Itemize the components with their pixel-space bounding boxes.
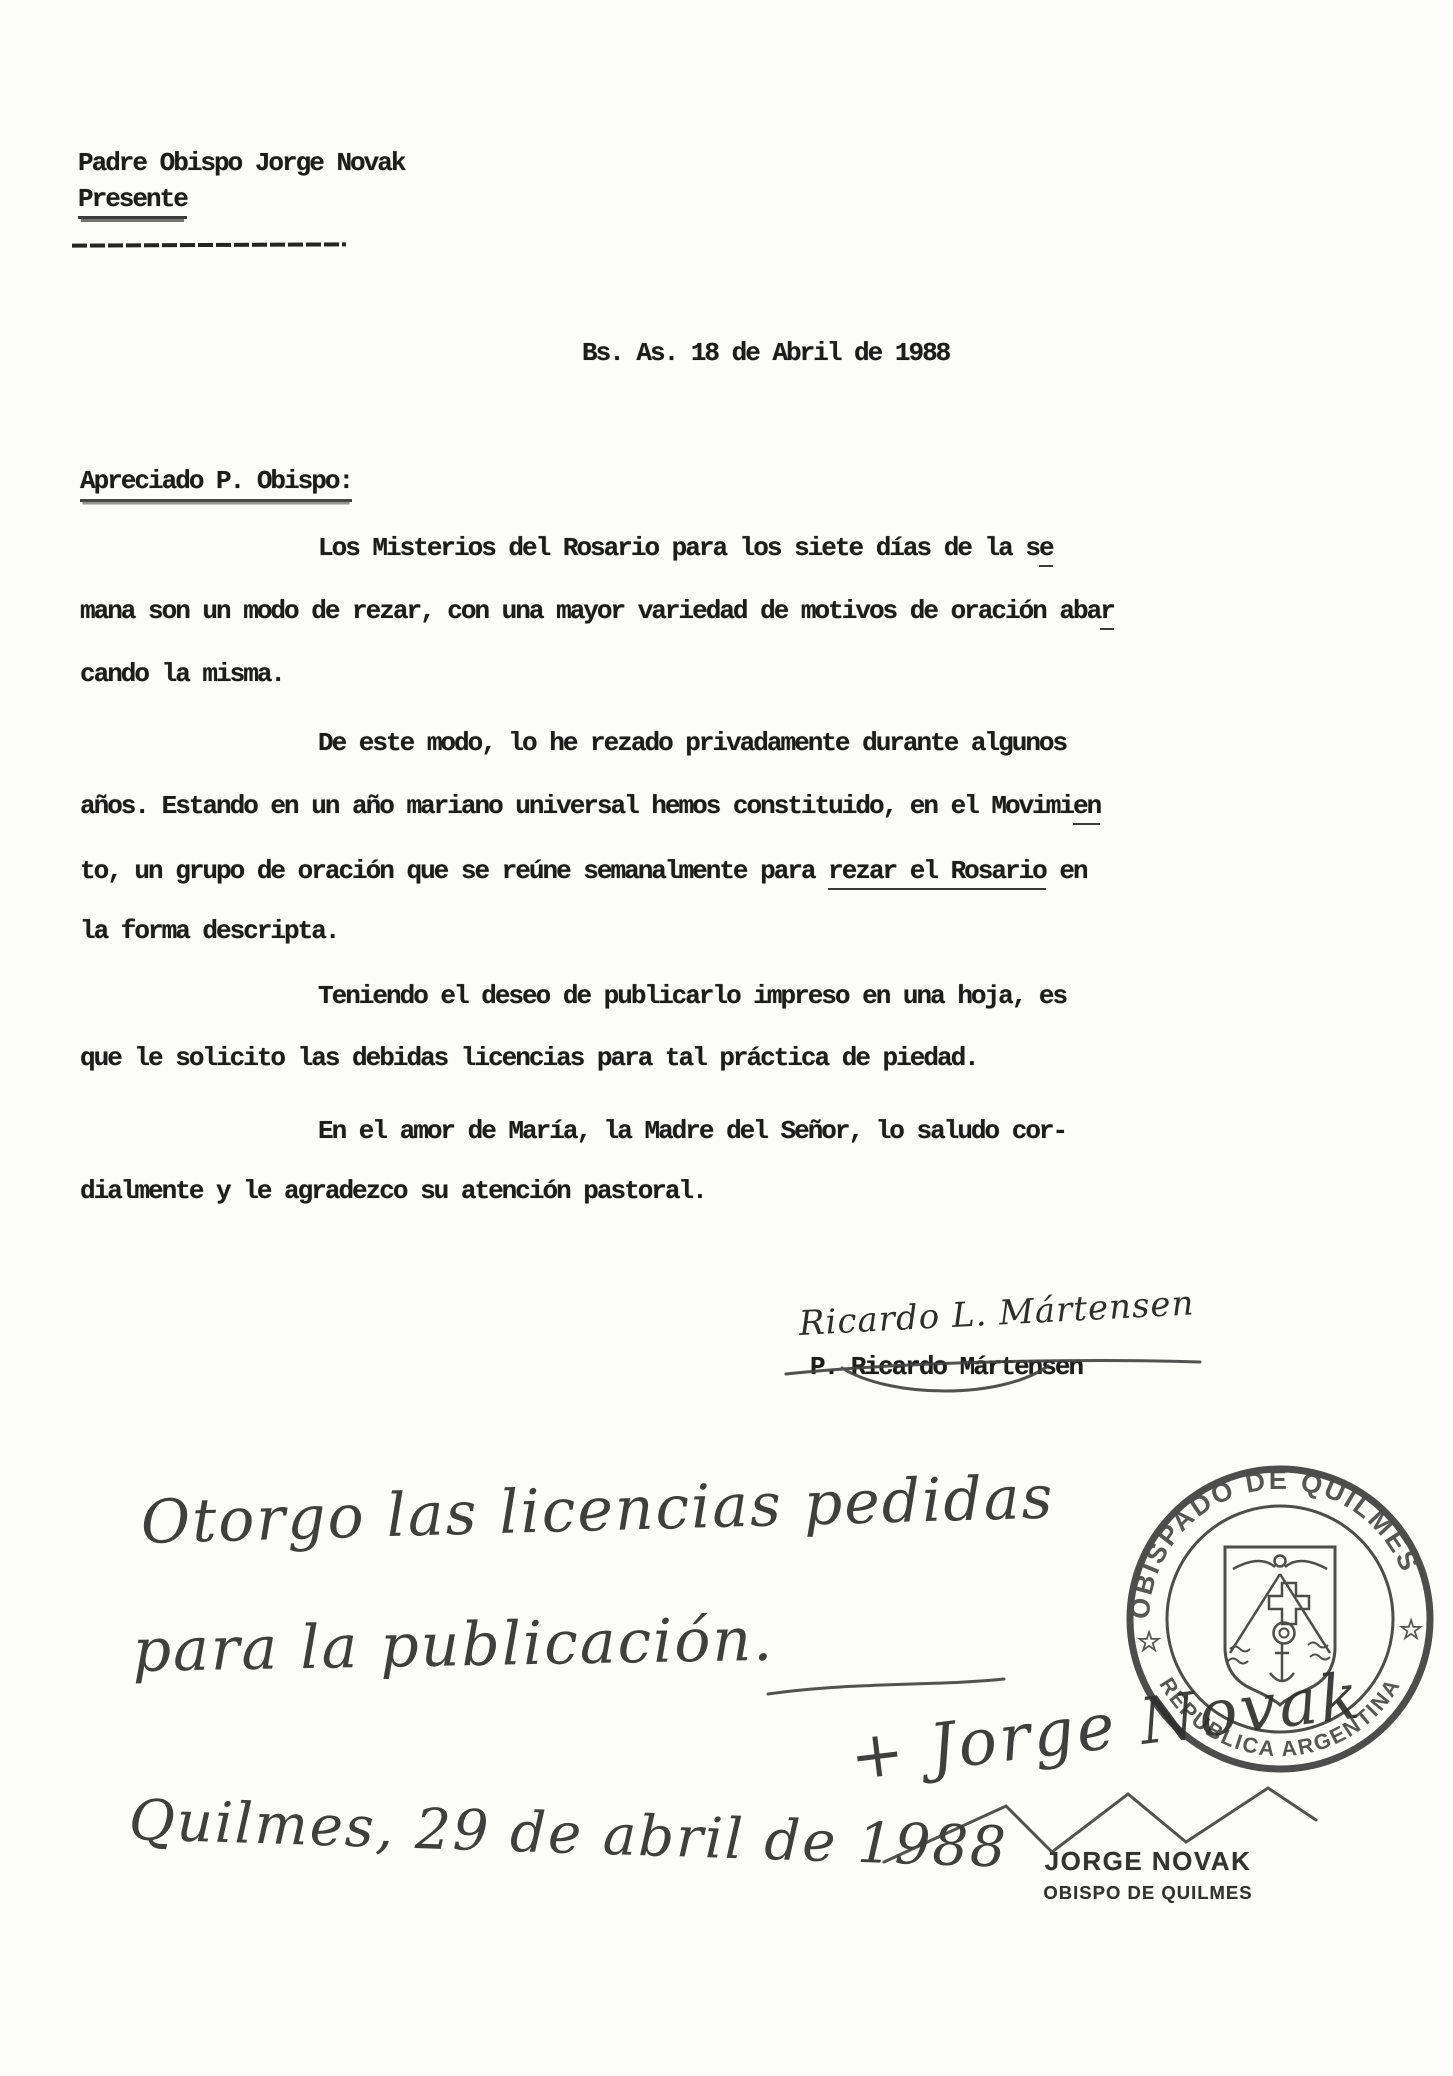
handwritten-place-date: Quilmes, 29 de abril de 1988 [128,1788,1009,1881]
underlined-text-segment: e [1039,533,1053,567]
text-segment: que le solicito las debidas licencias pa… [80,1043,978,1073]
water-waves-right [1308,1643,1330,1660]
svg-text:REPUBLICA ARGENTINA: REPUBLICA ARGENTINA [1155,1674,1406,1762]
underlined-text-segment: rezar el Rosario [828,856,1046,890]
scanned-letter-page: Padre Obispo Jorge Novak Presente Bs. As… [0,0,1453,2076]
stamp-shield-emblem [1225,1547,1335,1705]
text-segment: la forma descripta. [80,916,338,946]
text-segment: años. Estando en un año mariano universa… [80,791,1073,821]
letter-line: años. Estando en un año mariano universa… [80,791,1100,821]
underlined-text-segment: r [1100,596,1114,630]
rays-lines [1230,1574,1330,1653]
date-line: Bs. As. 18 de Abril de 1988 [582,338,949,368]
underlined-text-segment: en [1073,791,1100,825]
text-segment: Los Misterios del Rosario para los siete… [318,533,1039,563]
publicacion-tail-stroke [768,1679,1004,1694]
letter-line: mana son un modo de rezar, con una mayor… [80,596,1114,626]
salutation: Apreciado P. Obispo: [80,466,352,496]
sender-typed-name: P. Ricardo Mártensen [810,1352,1082,1382]
presente-underlined-text: Presente [78,184,187,219]
stamp-inner-ring [1167,1506,1393,1732]
dove-head-icon [1275,1556,1286,1567]
text-segment: dialmente y le agradezco su atención pas… [80,1176,706,1206]
letter-line: cando la misma. [80,659,284,689]
star-left-icon: ☆ [1136,1626,1161,1657]
dove-wings-icon [1233,1561,1327,1569]
diocese-round-stamp: OBISPADO DE QUILMES REPUBLICA ARGENTINA … [1113,1452,1447,1786]
letter-line: En el amor de María, la Madre del Señor,… [318,1116,1066,1146]
letter-line: que le solicito las debidas licencias pa… [80,1043,978,1073]
handwritten-note-line1: Otorgo las licencias pedidas [140,1462,1055,1557]
letter-line: De este modo, lo he rezado privadamente … [318,728,1066,758]
text-segment: Teniendo el deseo de publicarlo impreso … [318,981,1066,1011]
text-segment: mana son un modo de rezar, con una mayor… [80,596,1100,626]
sender-handwritten-signature: Ricardo L. Mártensen [798,1283,1195,1344]
stamp-bottom-text: REPUBLICA ARGENTINA [1155,1674,1406,1762]
letter-line: Teniendo el deseo de publicarlo impreso … [318,981,1066,1011]
stamp-officiant-title: OBISPO DE QUILMES [1040,1882,1256,1904]
stamp-officiant-name: JORGE NOVAK [1040,1846,1256,1877]
letter-line: la forma descripta. [80,916,338,946]
recipient-line: Padre Obispo Jorge Novak [78,148,404,178]
letter-line: dialmente y le agradezco su atención pas… [80,1176,706,1206]
text-segment: en [1046,856,1087,886]
anchor-staff-icon [1270,1643,1294,1681]
rose-center [1280,1629,1289,1638]
water-waves-left [1228,1647,1250,1664]
hand-drawn-rule [72,242,346,247]
recipient-presente: Presente [78,184,187,214]
salutation-underlined-text: Apreciado P. Obispo: [80,466,352,502]
text-segment: cando la misma. [80,659,284,689]
text-segment: De este modo, lo he rezado privadamente … [318,728,1066,758]
text-segment: to, un grupo de oración que se reúne sem… [80,856,828,886]
letter-line: to, un grupo de oración que se reúne sem… [80,856,1087,886]
rose-icon [1274,1623,1295,1644]
letter-line: Los Misterios del Rosario para los siete… [318,533,1053,563]
handwritten-note-line2: para la publicación. [132,1605,775,1686]
text-segment: En el amor de María, la Madre del Señor,… [318,1116,1066,1146]
star-right-icon: ☆ [1398,1614,1423,1645]
